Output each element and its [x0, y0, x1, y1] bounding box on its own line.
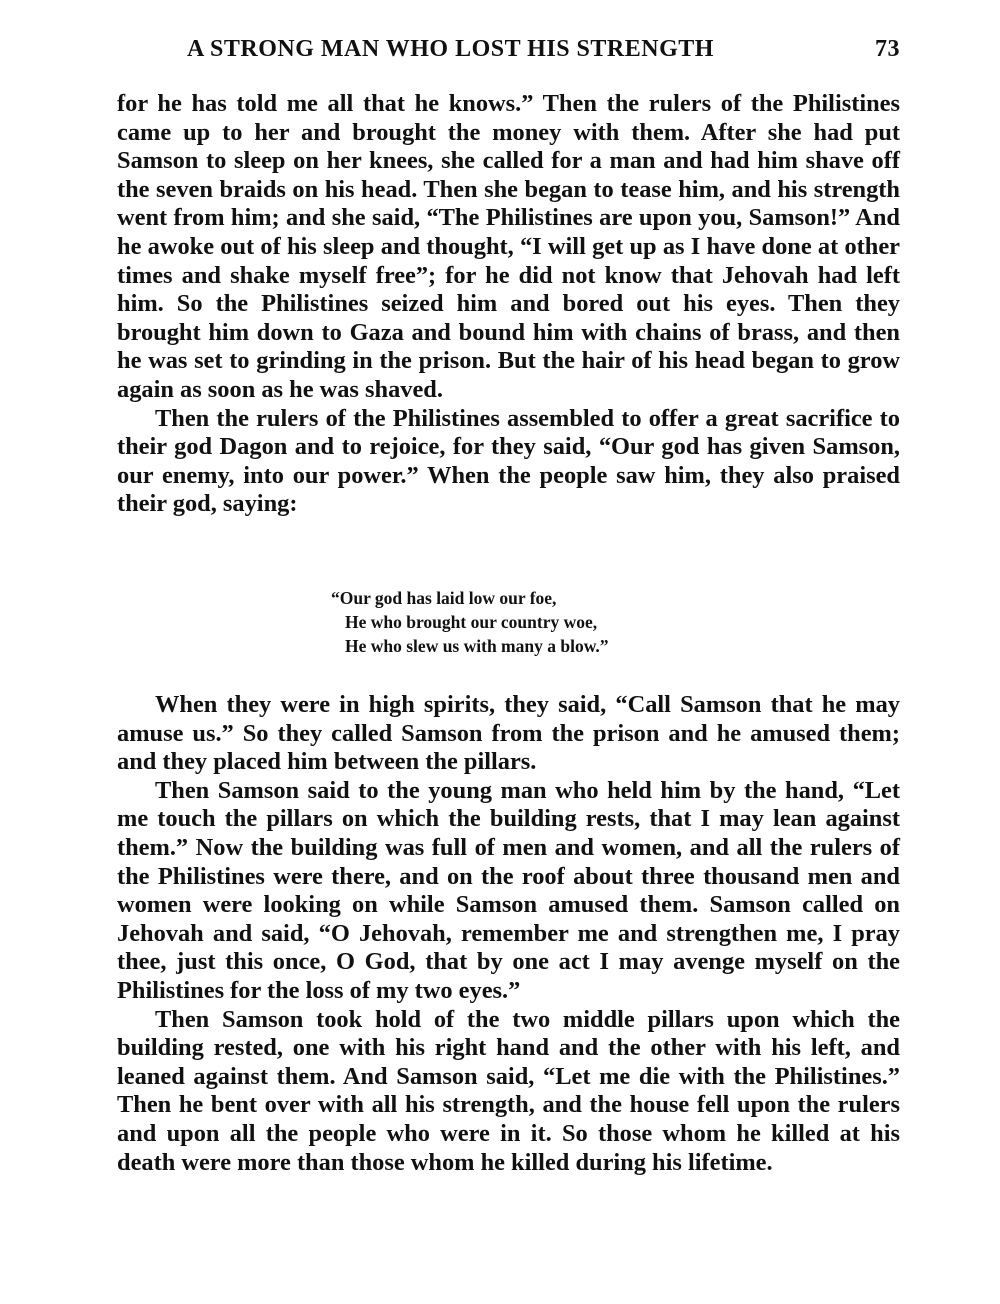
text-block-before-poem: for he has told me all that he knows.” T… — [117, 90, 900, 519]
page-number: 73 — [875, 36, 900, 63]
poem-line: “Our god has laid low our foe, — [331, 586, 609, 610]
paragraph: for he has told me all that he knows.” T… — [117, 90, 900, 405]
paragraph: When they were in high spirits, they sai… — [117, 691, 900, 777]
paragraph: Then Samson said to the young man who he… — [117, 777, 900, 1006]
poem-line: He who slew us with many a blow.” — [331, 634, 609, 658]
poem-quotation: “Our god has laid low our foe, He who br… — [331, 586, 609, 658]
paragraph: Then Samson took hold of the two middle … — [117, 1006, 900, 1178]
paragraph: Then the rulers of the Philistines assem… — [117, 405, 900, 519]
text-block-after-poem: When they were in high spirits, they sai… — [117, 691, 900, 1177]
running-head: A STRONG MAN WHO LOST HIS STRENGTH 73 — [187, 36, 900, 70]
chapter-title: A STRONG MAN WHO LOST HIS STRENGTH — [187, 36, 714, 63]
poem-line: He who brought our country woe, — [331, 610, 609, 634]
